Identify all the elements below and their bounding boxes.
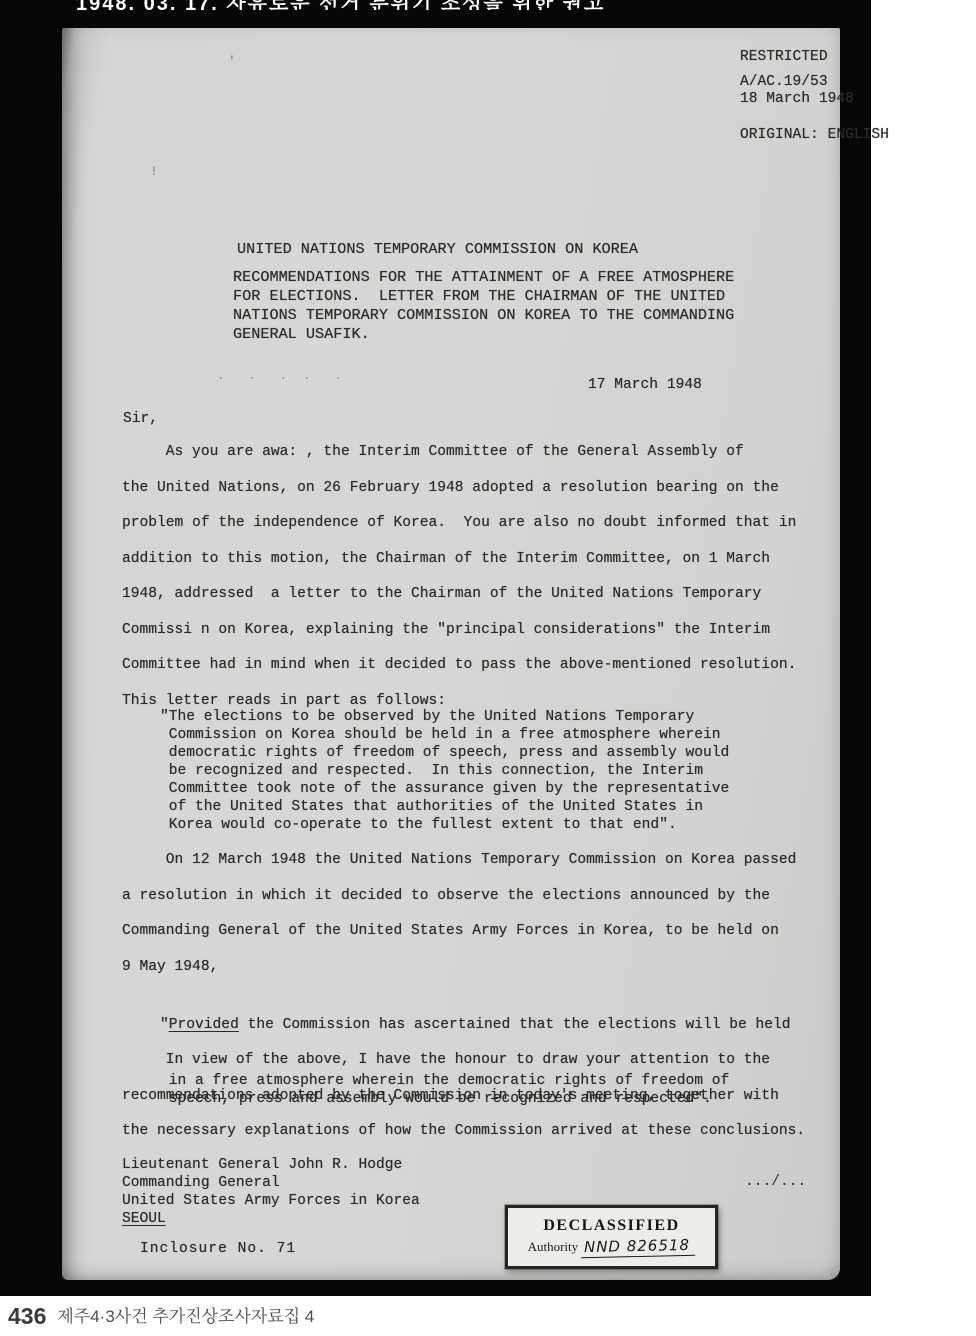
scan-artifact-mark: ! (150, 164, 158, 179)
body-paragraph-1: As you are awa: , the Interim Committee … (122, 435, 796, 719)
blockquote-provided-line1-rest: the Commission has ascertained that the … (239, 1017, 791, 1033)
underlined-provided: Provided (169, 1017, 239, 1033)
authority-label: Authority (528, 1239, 579, 1254)
document-paper: RESTRICTED A/AC.19/53 18 March 1948 ORIG… (62, 28, 840, 1280)
body-paragraph-2: On 12 March 1948 the United Nations Temp… (122, 843, 796, 985)
korean-title-clipped: 1948. 03. 17. 자유로운 선거 분위기 조성을 위한 권고 (76, 0, 836, 10)
document-scan-area: 1948. 03. 17. 자유로운 선거 분위기 조성을 위한 권고 REST… (0, 0, 871, 1296)
classification-marking: RESTRICTED (740, 40, 828, 76)
blockquote-provided-line1: "Provided the Commission has ascertained… (160, 1016, 791, 1035)
inclosure-number: Inclosure No. 71 (140, 1232, 296, 1268)
screenshot-stage: 1948. 03. 17. 자유로운 선거 분위기 조성을 위한 권고 REST… (0, 0, 976, 1336)
authority-handwritten-value: NND 826518 (581, 1236, 695, 1258)
declassified-stamp-title: DECLASSIFIED (543, 1217, 679, 1235)
declassified-stamp: DECLASSIFIED Authority NND 826518 (505, 1205, 718, 1269)
book-footer: 436 제주4·3사건 추가진상조사자료집 4 (8, 1305, 314, 1328)
organization-title: UNITED NATIONS TEMPORARY COMMISSION ON K… (237, 232, 638, 268)
open-quote: " (160, 1017, 169, 1033)
scan-artifact-dots: . . . . . (217, 368, 342, 383)
declassified-stamp-authority: Authority NND 826518 (528, 1237, 696, 1257)
blockquote-free-atmosphere: "The elections to be observed by the Uni… (160, 708, 729, 834)
body-paragraph-3: In view of the above, I have the honour … (122, 1043, 805, 1150)
document-number-and-date: A/AC.19/53 18 March 1948 (740, 74, 854, 108)
continuation-mark: .../... (745, 1174, 806, 1190)
salutation: Sir, (123, 402, 158, 438)
page-number: 436 (8, 1305, 46, 1328)
recipient-city: SEOUL (122, 1210, 166, 1228)
recipient-address: Lieutenant General John R. Hodge Command… (122, 1156, 420, 1210)
letter-date: 17 March 1948 (588, 368, 702, 404)
subject-block: RECOMMENDATIONS FOR THE ATTAINMENT OF A … (233, 268, 734, 344)
book-caption: 제주4·3사건 추가진상조사자료집 4 (57, 1308, 314, 1325)
original-language-line: ORIGINAL: ENGLISH (740, 118, 889, 154)
scan-artifact-apostrophe: ' (228, 54, 236, 69)
korean-title-text: 1948. 03. 17. 자유로운 선거 분위기 조성을 위한 권고 (76, 0, 836, 10)
